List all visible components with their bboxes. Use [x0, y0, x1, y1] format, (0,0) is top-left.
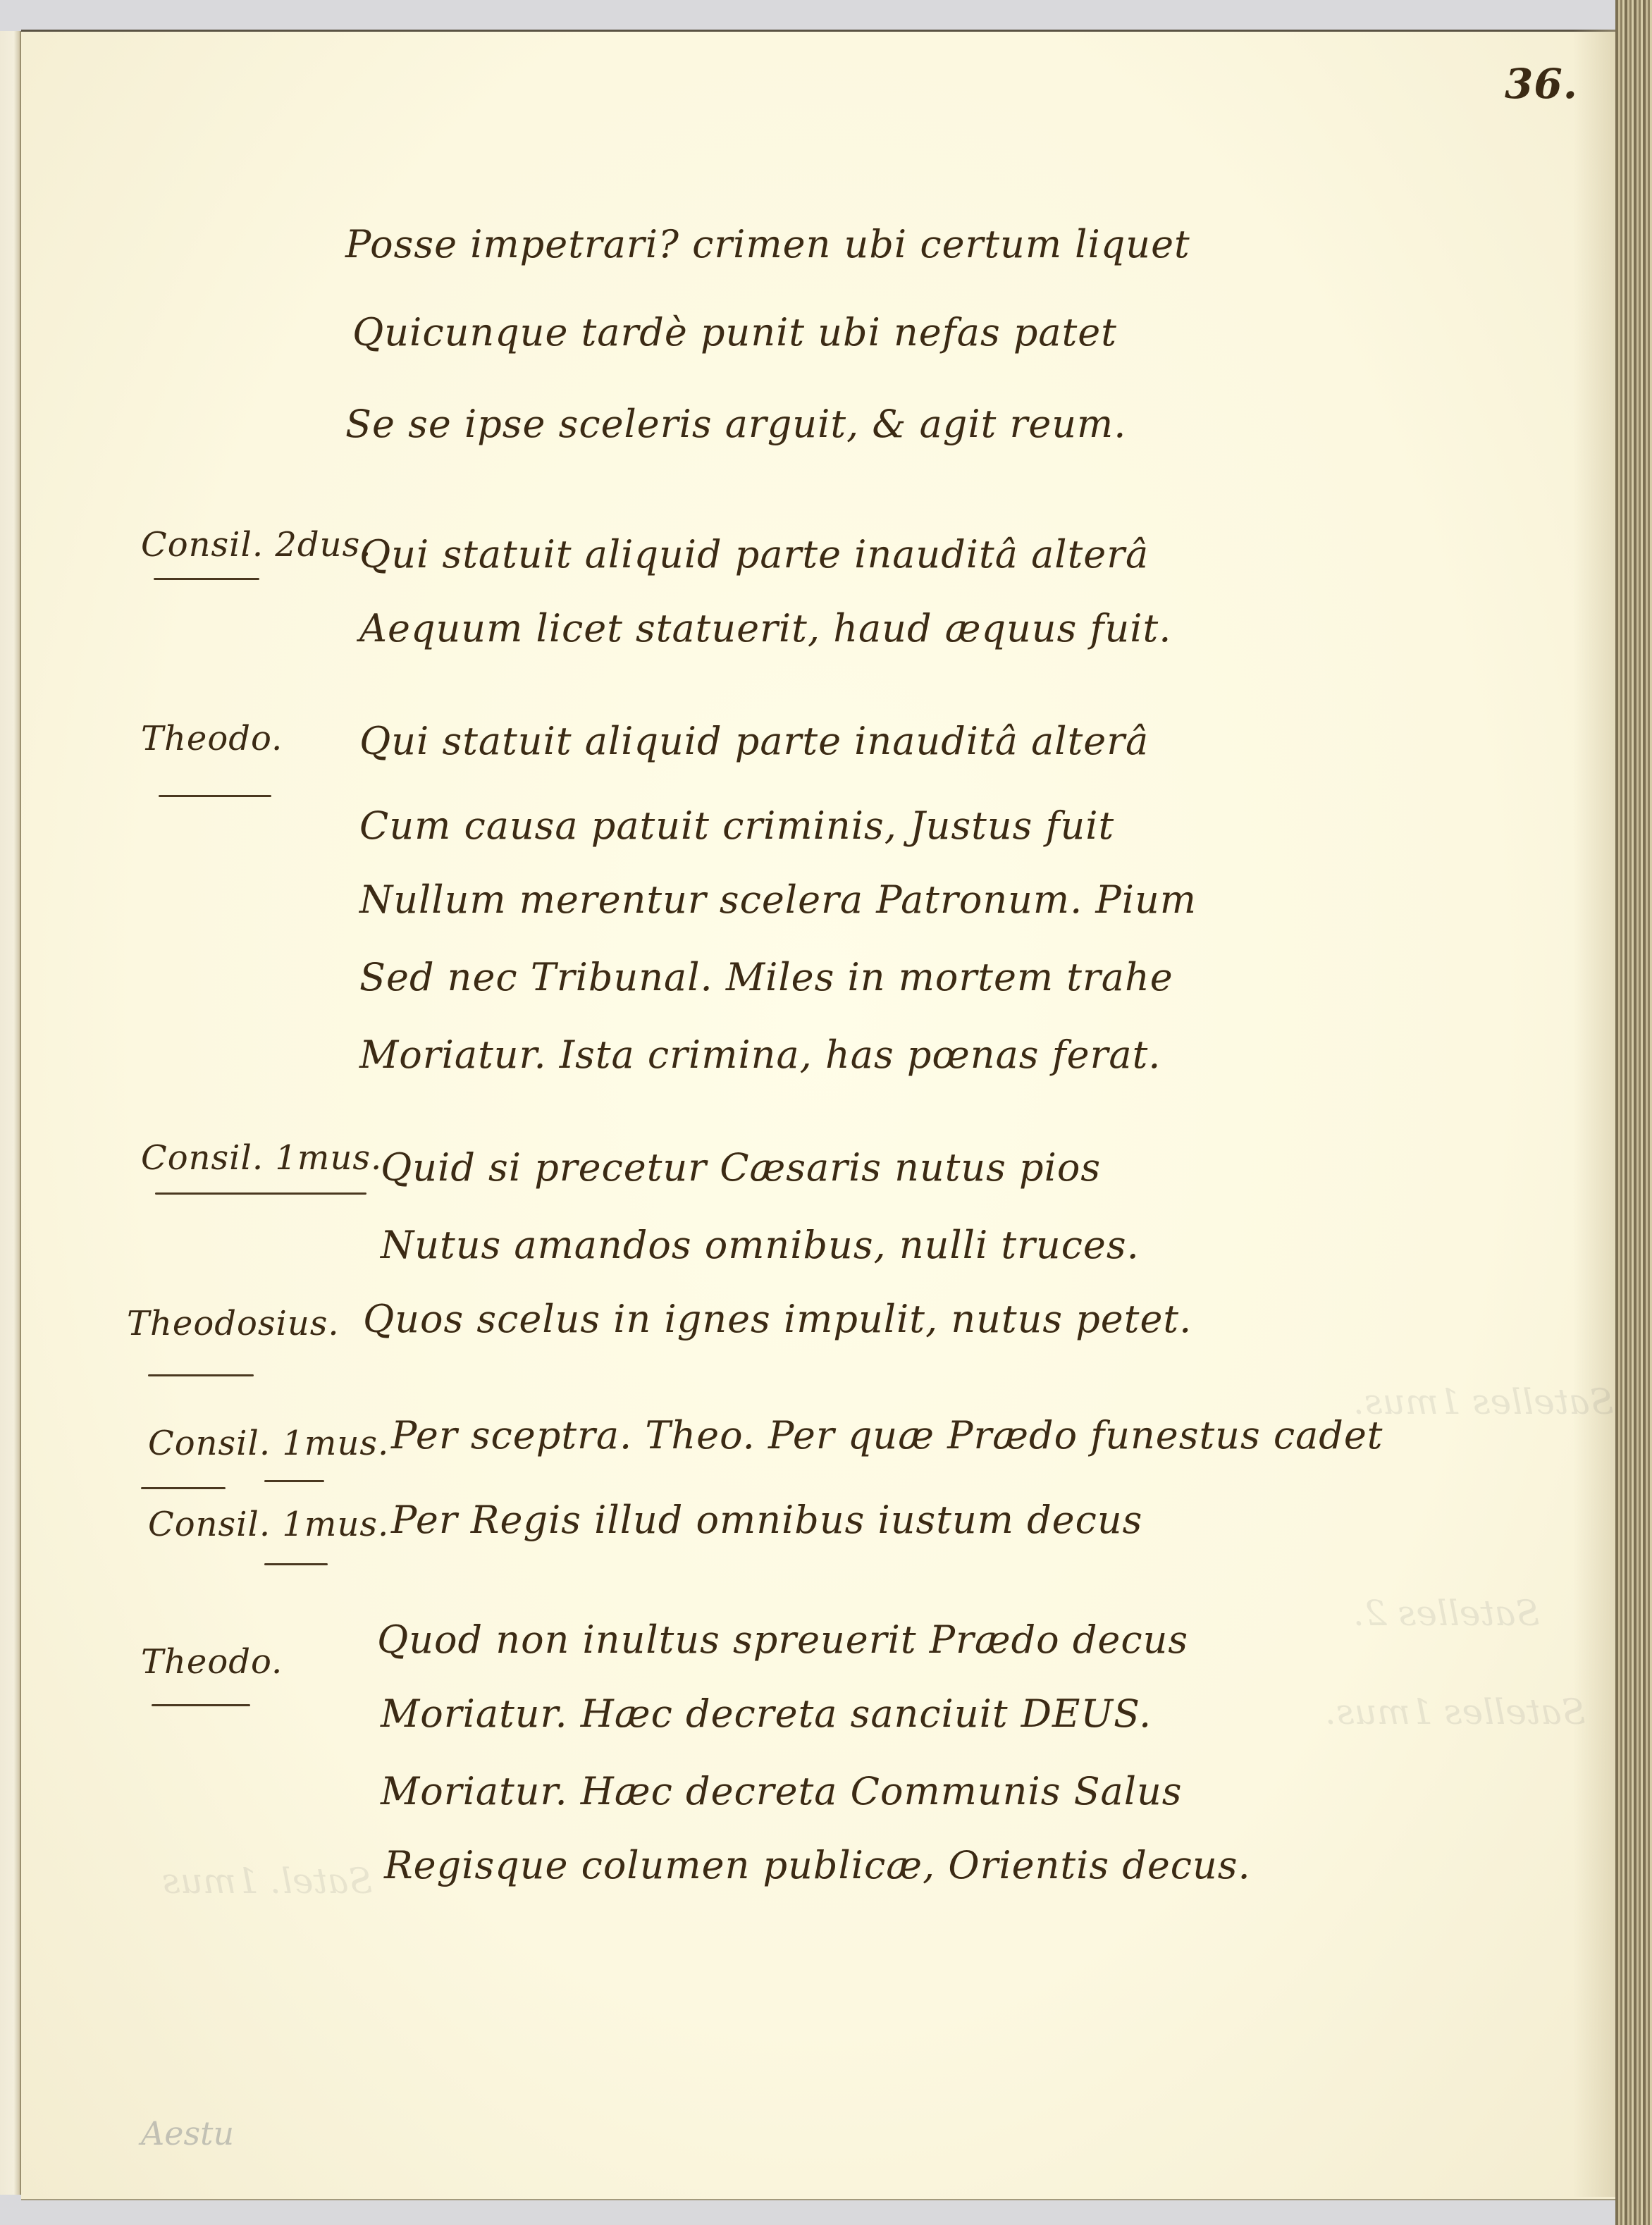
- facing-page-edge: [0, 31, 21, 2195]
- speaker-label: Theodo.: [141, 1642, 283, 1682]
- speaker-underline: [141, 1487, 226, 1489]
- bleed-through-text: Satel. 1mus: [162, 1861, 373, 1902]
- bleed-through-text: Satelles 2.: [1353, 1593, 1540, 1634]
- verse-line: Quid si precetur Cæsaris nutus pios: [381, 1145, 1101, 1190]
- verse-line: Qui statuit aliquid parte inauditâ alter…: [359, 532, 1149, 577]
- verse-line: Quod non inultus spreuerit Prædo decus: [377, 1617, 1188, 1662]
- speaker-label: Theodo.: [141, 719, 283, 758]
- verse-line: Quos scelus in ignes impulit, nutus pete…: [363, 1297, 1192, 1341]
- verse-line: Qui statuit aliquid parte inauditâ alter…: [359, 719, 1149, 763]
- speaker-label: Theodosius.: [127, 1304, 340, 1343]
- verse-line: Posse impetrari? crimen ubi certum lique…: [345, 222, 1190, 266]
- verse-line: Nullum merentur scelera Patronum. Pium: [359, 877, 1197, 922]
- verse-line: Moriatur. Hæc decreta sanciuit DEUS.: [381, 1691, 1152, 1736]
- speaker-underline: [264, 1480, 324, 1482]
- speaker-label: Consil. 1mus.: [148, 1424, 389, 1463]
- verse-line: Per Regis illud omnibus iustum decus: [391, 1498, 1142, 1542]
- verse-line: Cum causa patuit criminis, Justus fuit: [359, 803, 1114, 848]
- speaker-label: Consil. 1mus.: [141, 1138, 382, 1178]
- verse-line: Per sceptra. Theo. Per quæ Prædo funestu…: [391, 1413, 1383, 1457]
- verse-line: Regisque columen publicæ, Orientis decus…: [384, 1843, 1251, 1887]
- pencil-annotation: Aestu: [141, 2114, 234, 2152]
- verse-line: Sed nec Tribunal. Miles in mortem trahe: [359, 955, 1173, 999]
- speaker-label: Consil. 1mus.: [148, 1505, 389, 1544]
- verse-line: Moriatur. Ista crimina, has pœnas ferat.: [359, 1033, 1161, 1077]
- speaker-underline: [155, 1192, 366, 1195]
- verse-line: Se se ipse sceleris arguit, & agit reum.: [345, 402, 1126, 446]
- bleed-through-text: Satelles 1mus.: [1353, 1381, 1614, 1422]
- speaker-underline: [152, 1704, 250, 1706]
- page-number: 36.: [1505, 60, 1578, 108]
- speaker-underline: [148, 1374, 254, 1376]
- bleed-through-text: Satelles 1mus.: [1325, 1691, 1586, 1732]
- verse-line: Aequum licet statuerit, haud æquus fuit.: [359, 606, 1171, 651]
- verse-line: Quicunque tardè punit ubi nefas patet: [352, 310, 1117, 355]
- verse-line: Moriatur. Hæc decreta Communis Salus: [381, 1769, 1183, 1813]
- verse-line: Nutus amandos omnibus, nulli truces.: [381, 1223, 1140, 1267]
- speaker-underline: [264, 1563, 328, 1565]
- speaker-label: Consil. 2dus.: [141, 525, 371, 565]
- page-gutter-shadow: [1573, 30, 1615, 2197]
- speaker-underline: [154, 578, 259, 580]
- speaker-underline: [159, 795, 271, 797]
- book-fore-edge: [1615, 0, 1652, 2225]
